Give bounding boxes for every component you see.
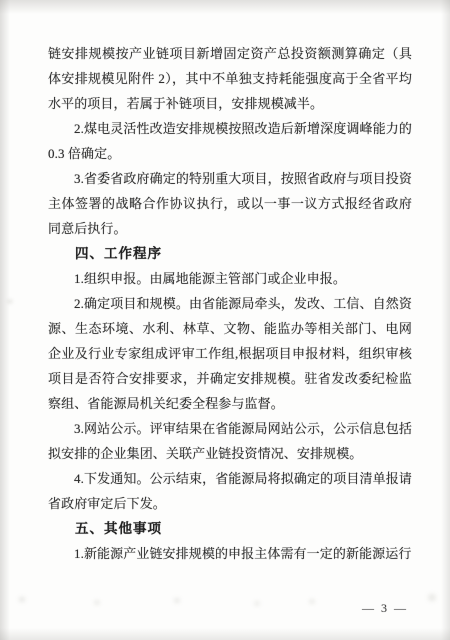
paragraph-other-1-new-energy: 1.新能源产业链安排规模的申报主体需有一定的新能源运行 [48, 541, 412, 566]
scan-noise-artifact [0, 0, 4, 3]
document-page: 链安排规模按产业链项目新增固定资产总投资额测算确定（具体安排规模见附件 2），其… [0, 0, 450, 640]
paragraph-step-3-website-publicity: 3.网站公示。评审结果在省能源局网站公示，公示信息包括拟安排的企业集团、关联产业… [48, 416, 412, 466]
page-number: — 3 — [362, 601, 408, 616]
paragraph-step-2-determine-projects: 2.确定项目和规模。由省能源局牵头，发改、工信、自然资源、生态环境、水利、林草、… [48, 291, 412, 416]
section-heading-work-procedure: 四、工作程序 [48, 241, 412, 266]
paragraph-item-2-coal-flex: 2.煤电灵活性改造安排规模按照改造后新增深度调峰能力的0.3 倍确定。 [48, 116, 412, 166]
document-content: 链安排规模按产业链项目新增固定资产总投资额测算确定（具体安排规模见附件 2），其… [48, 41, 412, 566]
paragraph-step-4-issue-notice: 4.下发通知。公示结束，省能源局将拟确定的项目清单报请省政府审定后下发。 [48, 466, 412, 516]
section-heading-other-matters: 五、其他事项 [48, 516, 412, 541]
paragraph-step-1-declaration: 1.组织申报。由属地能源主管部门或企业申报。 [48, 266, 412, 291]
paragraph-item-3-major-projects: 3.省委省政府确定的特别重大项目，按照省政府与项目投资主体签署的战略合作协议执行… [48, 166, 412, 241]
paragraph-continuation: 链安排规模按产业链项目新增固定资产总投资额测算确定（具体安排规模见附件 2），其… [48, 41, 412, 116]
